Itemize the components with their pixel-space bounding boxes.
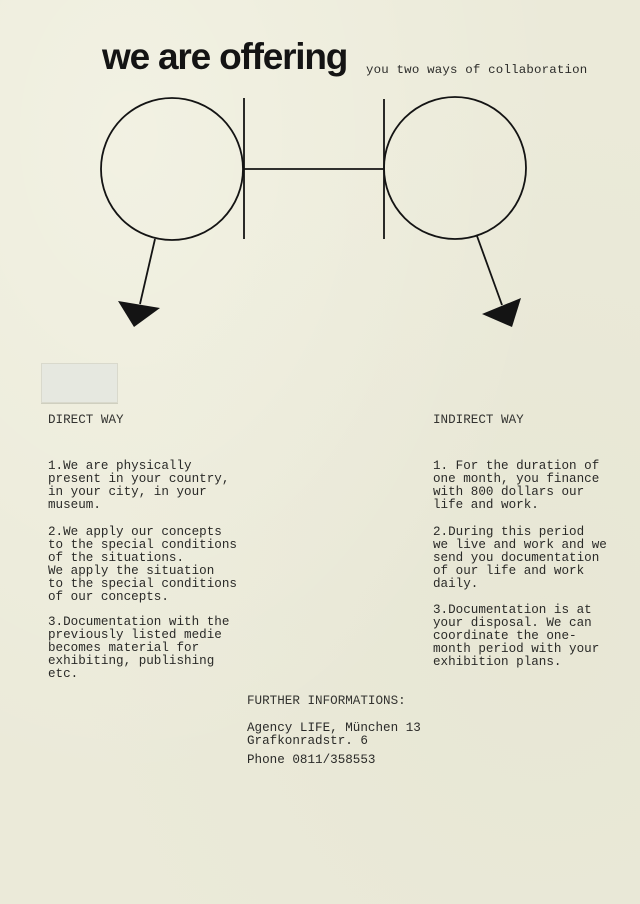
- collaboration-diagram: [0, 0, 640, 340]
- indirect-way-item-1: 1. For the duration of one month, you fi…: [433, 460, 599, 512]
- direct-way-item-3: 3.Documentation with the previously list…: [48, 616, 229, 681]
- left-circle: [101, 98, 243, 240]
- right-circle: [384, 97, 526, 239]
- left-arrowhead-icon: [118, 301, 160, 327]
- left-arrow-shaft: [140, 239, 155, 304]
- indirect-way-item-3: 3.Documentation is at your disposal. We …: [433, 604, 599, 669]
- direct-way-column: DIRECT WAY 1.We are physically present i…: [48, 414, 288, 694]
- direct-way-item-1: 1.We are physically present in your coun…: [48, 460, 229, 512]
- indirect-way-heading: INDIRECT WAY: [433, 414, 524, 427]
- agency-phone: Phone 0811/358553: [247, 754, 375, 767]
- direct-way-item-2: 2.We apply our concepts to the special c…: [48, 526, 237, 604]
- further-informations-heading: FURTHER INFORMATIONS:: [247, 695, 406, 708]
- indirect-way-column: INDIRECT WAY 1. For the duration of one …: [433, 414, 633, 684]
- direct-way-heading: DIRECT WAY: [48, 414, 124, 427]
- pasted-label-patch: [41, 363, 118, 403]
- agency-address-line-2: Grafkonradstr. 6: [247, 735, 368, 748]
- indirect-way-item-2: 2.During this period we live and work an…: [433, 526, 607, 591]
- right-arrow-shaft: [477, 236, 502, 305]
